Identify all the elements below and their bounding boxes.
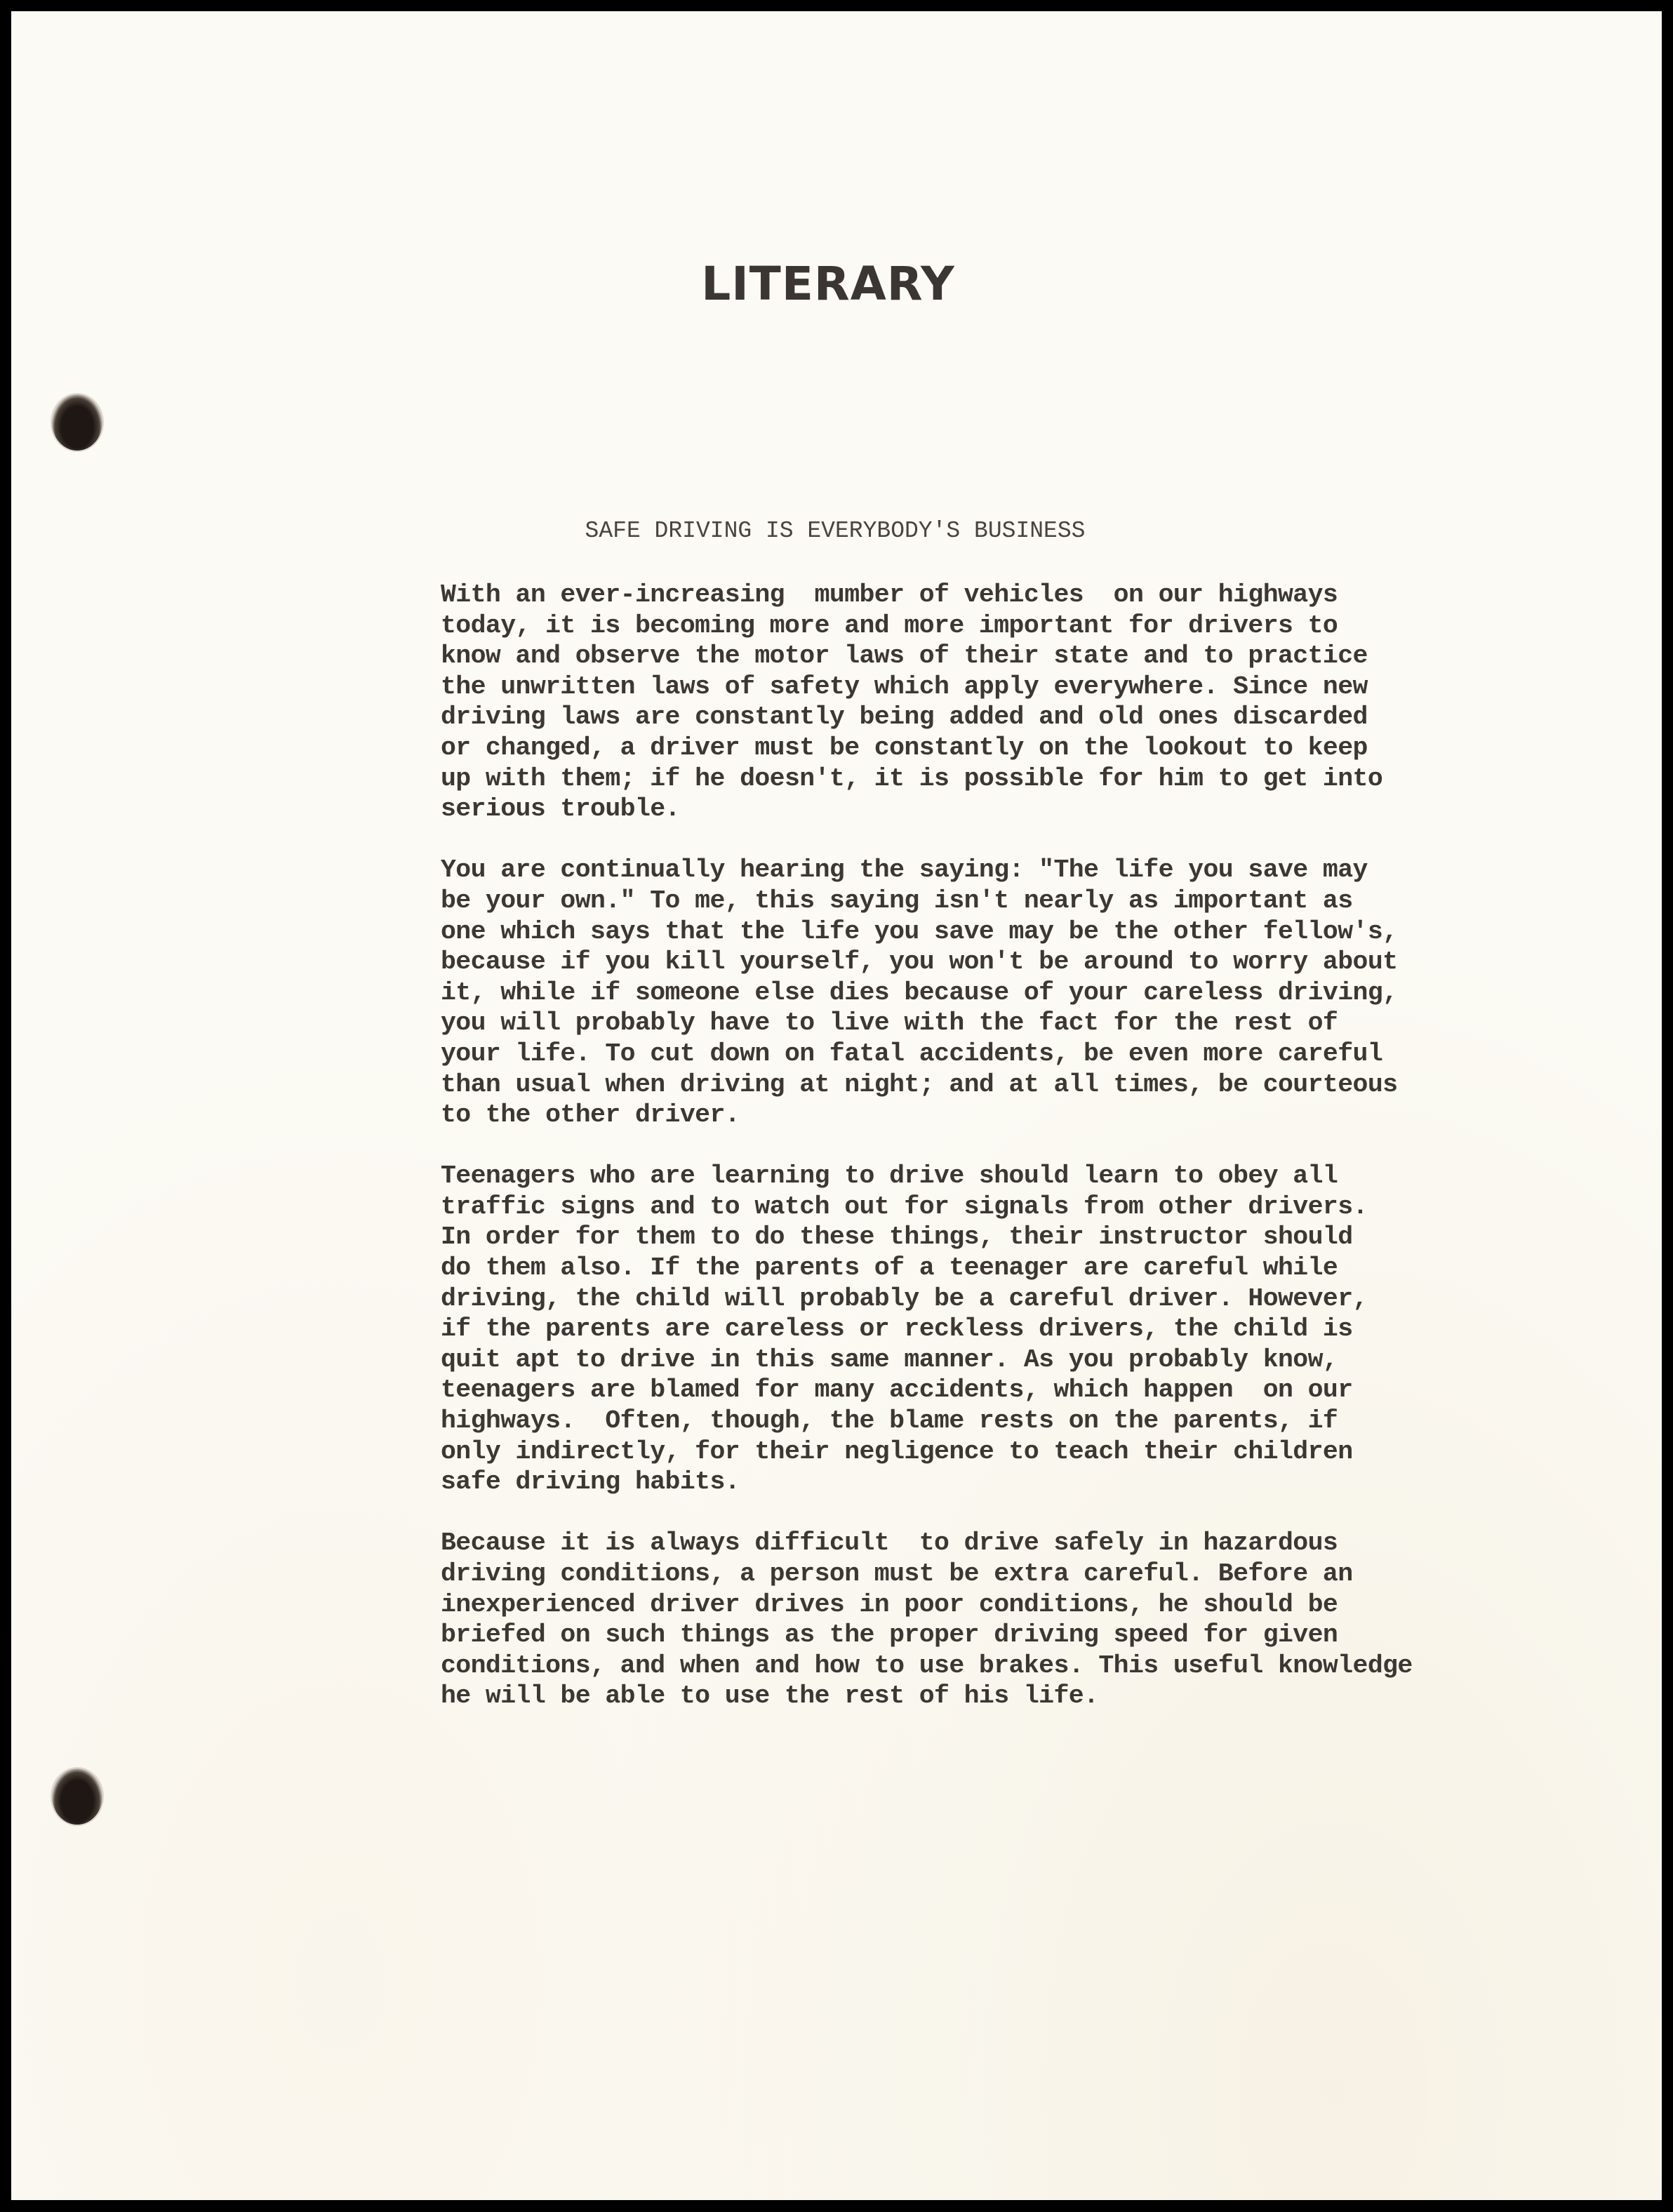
text-line: because if you kill yourself, you won't … [441, 947, 1423, 978]
text-line: your life. To cut down on fatal accident… [441, 1039, 1423, 1070]
text-line: than usual when driving at night; and at… [441, 1070, 1423, 1100]
text-line: briefed on such things as the proper dri… [441, 1620, 1423, 1651]
binder-hole-top [52, 394, 102, 451]
text-line: or changed, a driver must be constantly … [441, 733, 1423, 764]
text-line: do them also. If the parents of a teenag… [441, 1253, 1423, 1284]
text-line: driving conditions, a person must be ext… [441, 1559, 1423, 1590]
text-line: quit apt to drive in this same manner. A… [441, 1345, 1423, 1375]
text-line: know and observe the motor laws of their… [441, 641, 1423, 672]
essay-body: With an ever-increasing mumber of vehicl… [441, 580, 1423, 1712]
section-heading-text: LITERARY [701, 257, 955, 311]
text-line: be your own." To me, this saying isn't n… [441, 886, 1423, 917]
section-heading: LITERARY [11, 257, 1662, 311]
binder-hole-bottom [52, 1768, 102, 1825]
text-line: driving, the child will probably be a ca… [441, 1284, 1423, 1314]
paragraph: You are continually hearing the saying: … [441, 855, 1423, 1130]
text-line: driving laws are constantly being added … [441, 702, 1423, 733]
text-line: teenagers are blamed for many accidents,… [441, 1375, 1423, 1406]
text-line: highways. Often, though, the blame rests… [441, 1406, 1423, 1437]
text-line: conditions, and when and how to use brak… [441, 1651, 1423, 1681]
text-line: the unwritten laws of safety which apply… [441, 672, 1423, 702]
paragraph: With an ever-increasing mumber of vehicl… [441, 580, 1423, 825]
text-line: one which says that the life you save ma… [441, 917, 1423, 947]
text-line: safe driving habits. [441, 1467, 1423, 1498]
text-line: With an ever-increasing mumber of vehicl… [441, 580, 1423, 611]
text-line: traffic signs and to watch out for signa… [441, 1192, 1423, 1222]
text-line: inexperienced driver drives in poor cond… [441, 1590, 1423, 1620]
paragraph: Teenagers who are learning to drive shou… [441, 1161, 1423, 1498]
text-line: You are continually hearing the saying: … [441, 855, 1423, 886]
document-page: LITERARY SAFE DRIVING IS EVERYBODY'S BUS… [11, 11, 1662, 2200]
essay-title-text: SAFE DRIVING IS EVERYBODY'S BUSINESS [585, 518, 1086, 544]
text-line: he will be able to use the rest of his l… [441, 1681, 1423, 1712]
text-line: In order for them to do these things, th… [441, 1222, 1423, 1253]
text-line: up with them; if he doesn't, it is possi… [441, 764, 1423, 794]
text-line: Because it is always difficult to drive … [441, 1528, 1423, 1559]
text-line: it, while if someone else dies because o… [441, 978, 1423, 1008]
text-line: to the other driver. [441, 1100, 1423, 1131]
essay-title: SAFE DRIVING IS EVERYBODY'S BUSINESS [11, 518, 1662, 544]
paragraph: Because it is always difficult to drive … [441, 1528, 1423, 1712]
text-line: you will probably have to live with the … [441, 1008, 1423, 1039]
text-line: only indirectly, for their negligence to… [441, 1437, 1423, 1467]
text-line: Teenagers who are learning to drive shou… [441, 1161, 1423, 1192]
text-line: if the parents are careless or reckless … [441, 1314, 1423, 1345]
text-line: serious trouble. [441, 794, 1423, 825]
text-line: today, it is becoming more and more impo… [441, 611, 1423, 641]
